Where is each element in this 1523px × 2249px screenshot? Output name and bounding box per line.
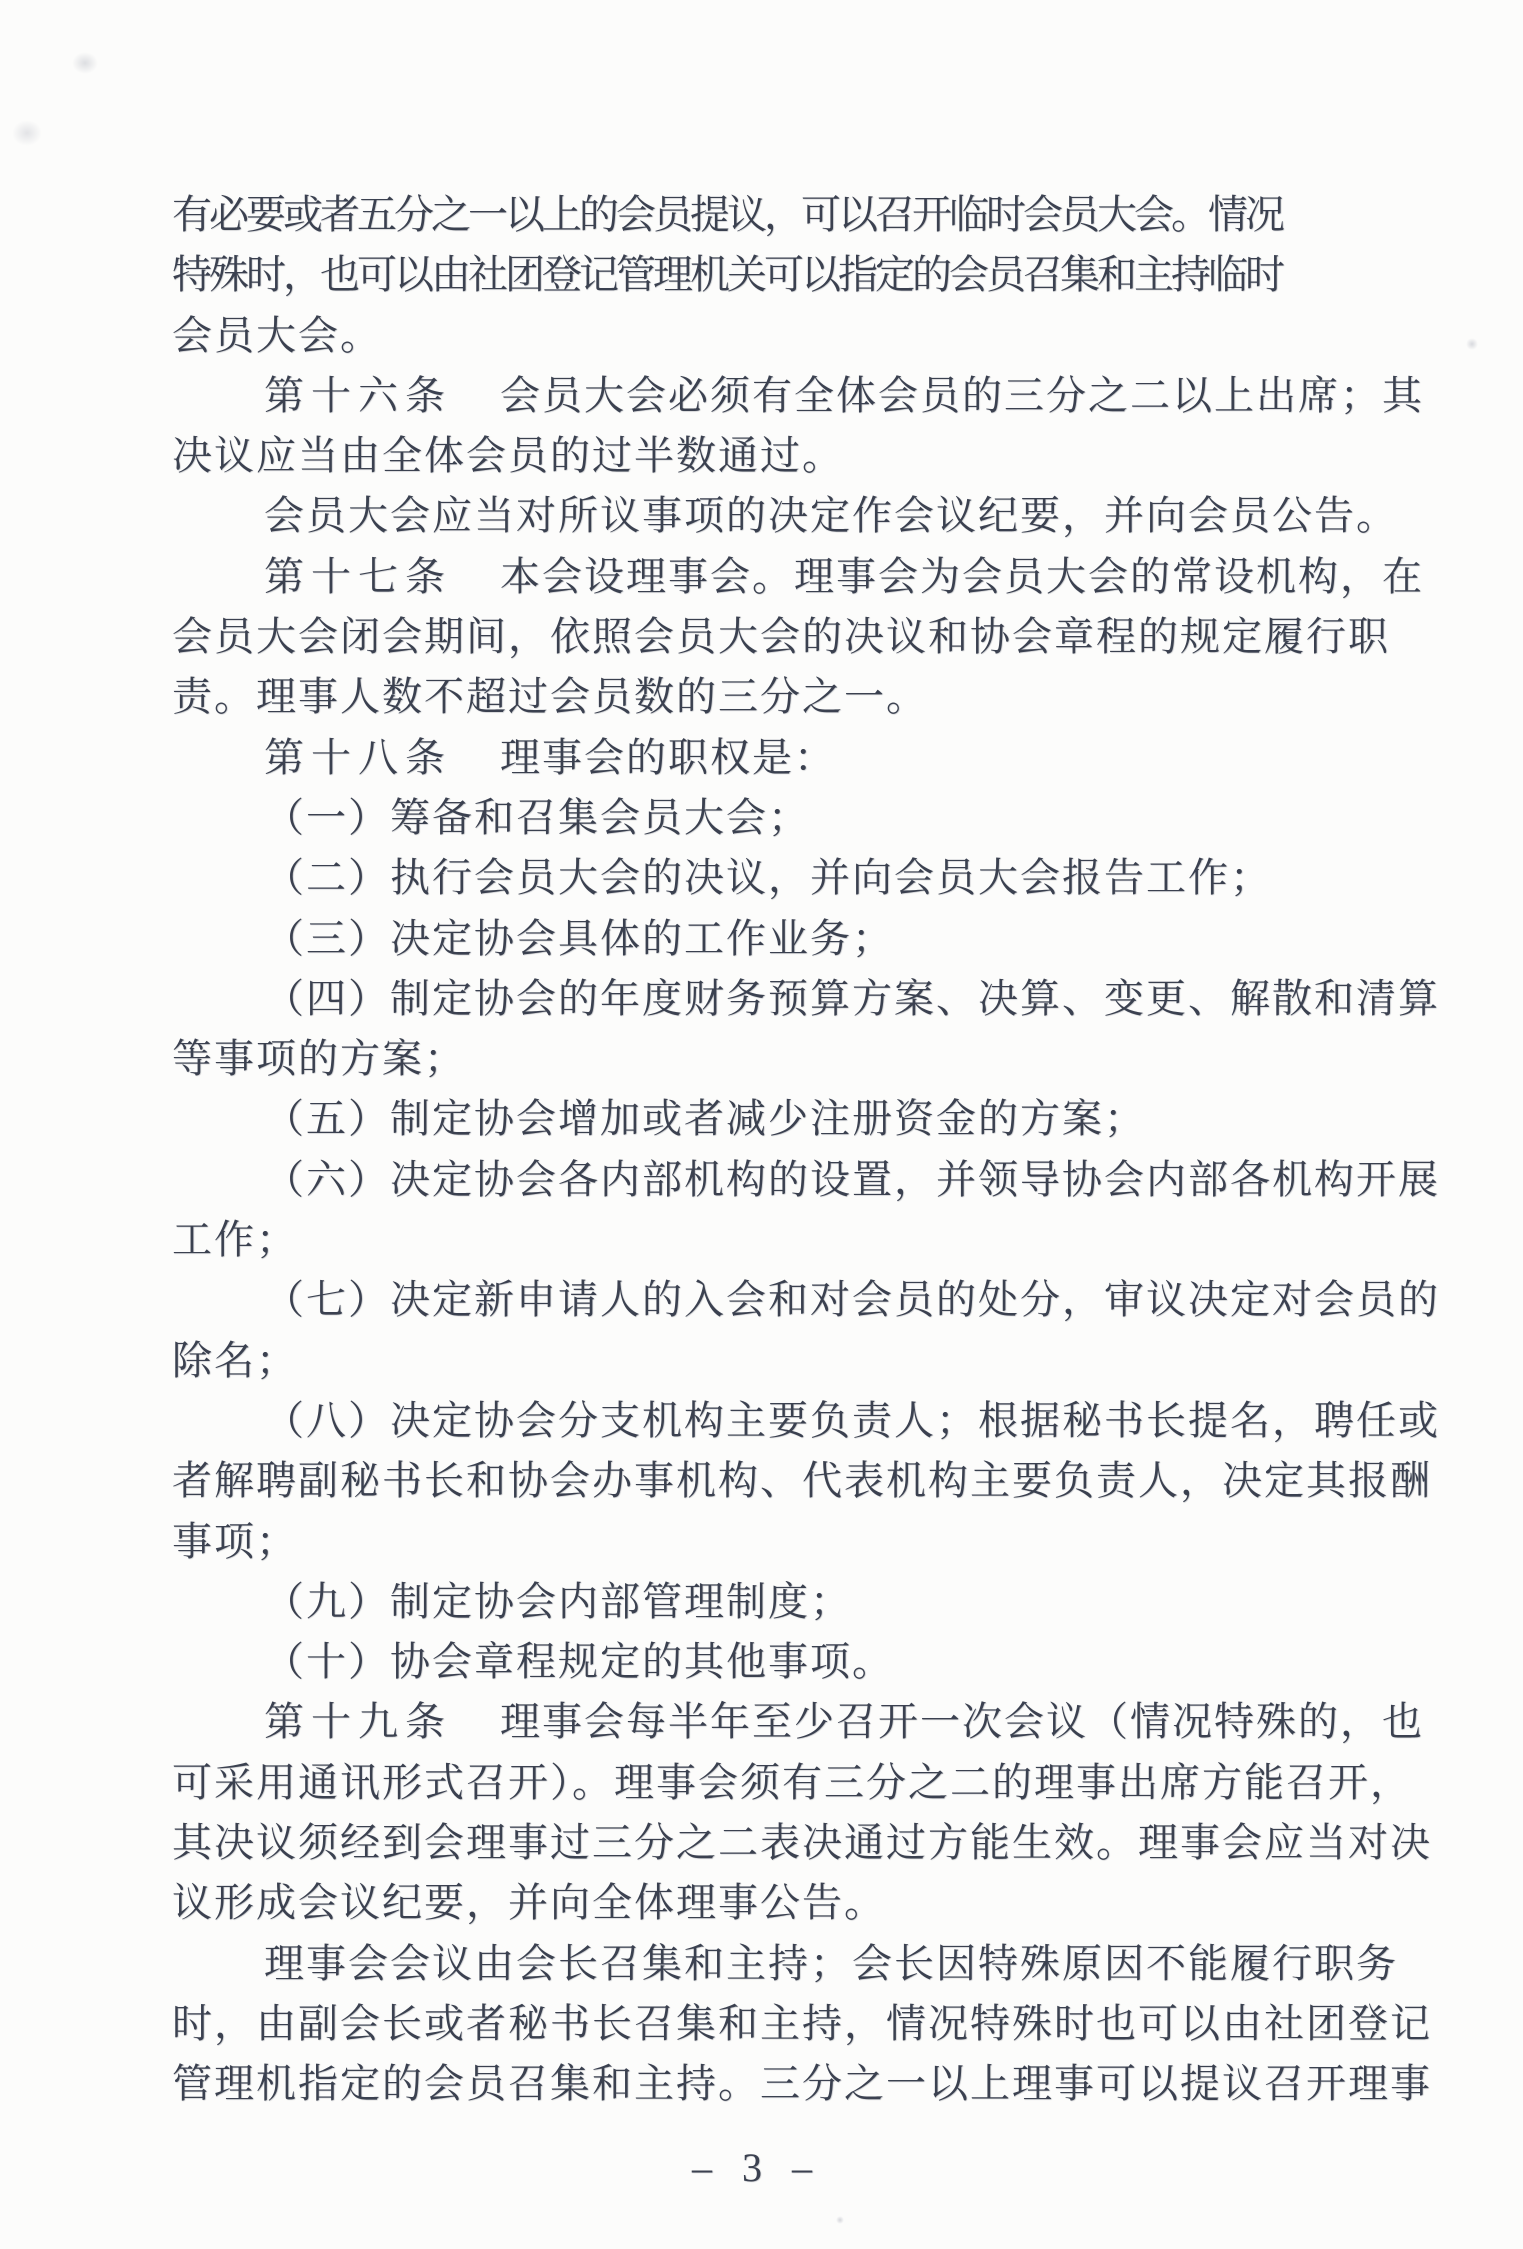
line-text: 理事会每半年至少召开一次会议（情况特殊的，也 (500, 1699, 1424, 1744)
scan-smudge (836, 2216, 844, 2224)
line-text: （十）协会章程规定的其他事项。 (264, 1639, 894, 1684)
line-text: 时，由副会长或者秘书长召集和主持，情况特殊时也可以由社团登记 (172, 2001, 1432, 2046)
line-text: 会员大会闭会期间，依照会员大会的决议和协会章程的规定履行职 (172, 614, 1390, 659)
document-body: 有必要或者五分之一以上的会员提议，可以召开临时会员大会。情况特殊时，也可以由社团… (172, 185, 1462, 2115)
line-text: 事项； (172, 1519, 298, 1564)
article-number: 第十八条 (264, 735, 452, 780)
line-text: （三）决定协会具体的工作业务； (264, 916, 894, 961)
text-line: 决议应当由全体会员的过半数通过。 (172, 426, 1462, 486)
text-line: （六）决定协会各内部机构的设置，并领导协会内部各机构开展 (172, 1150, 1462, 1210)
text-line: （二）执行会员大会的决议，并向会员大会报告工作； (172, 848, 1462, 908)
text-line: （五）制定协会增加或者减少注册资金的方案； (172, 1089, 1462, 1149)
text-line: 时，由副会长或者秘书长召集和主持，情况特殊时也可以由社团登记 (172, 1994, 1462, 2054)
text-line: 责。理事人数不超过会员数的三分之一。 (172, 667, 1462, 727)
text-line: 事项； (172, 1512, 1462, 1572)
scan-smudge (1466, 338, 1478, 350)
line-text: 有必要或者五分之一以上的会员提议，可以召开临时会员大会。情况 (172, 192, 1282, 237)
text-line: （十）协会章程规定的其他事项。 (172, 1632, 1462, 1692)
text-line: 其决议须经到会理事过三分之二表决通过方能生效。理事会应当对决 (172, 1813, 1462, 1873)
line-text: 特殊时，也可以由社团登记管理机关可以指定的会员召集和主持临时 (172, 252, 1282, 297)
line-text: （六）决定协会各内部机构的设置，并领导协会内部各机构开展 (264, 1157, 1440, 1202)
text-line: 工作； (172, 1210, 1462, 1270)
text-line: （一）筹备和召集会员大会； (172, 788, 1462, 848)
line-text: （五）制定协会增加或者减少注册资金的方案； (264, 1096, 1146, 1141)
article-number: 第十七条 (264, 554, 452, 599)
line-text: 会员大会。 (172, 313, 382, 358)
text-line: 第十七条本会设理事会。理事会为会员大会的常设机构，在 (172, 547, 1462, 607)
text-line: 第十八条理事会的职权是： (172, 728, 1462, 788)
text-line: （九）制定协会内部管理制度； (172, 1572, 1462, 1632)
line-text: 者解聘副秘书长和协会办事机构、代表机构主要负责人，决定其报酬 (172, 1458, 1432, 1503)
line-text: 本会设理事会。理事会为会员大会的常设机构，在 (500, 554, 1424, 599)
text-line: 除名； (172, 1331, 1462, 1391)
article-number: 第十六条 (264, 373, 452, 418)
text-line: 会员大会。 (172, 306, 1462, 366)
scan-smudge (72, 52, 98, 74)
line-text: （二）执行会员大会的决议，并向会员大会报告工作； (264, 855, 1272, 900)
text-line: （三）决定协会具体的工作业务； (172, 909, 1462, 969)
text-line: 有必要或者五分之一以上的会员提议，可以召开临时会员大会。情况 (172, 185, 1462, 245)
text-line: 第十六条会员大会必须有全体会员的三分之二以上出席；其 (172, 366, 1462, 426)
line-text: 会员大会必须有全体会员的三分之二以上出席；其 (500, 373, 1424, 418)
line-text: 等事项的方案； (172, 1036, 466, 1081)
line-text: （七）决定新申请人的入会和对会员的处分，审议决定对会员的 (264, 1277, 1440, 1322)
article-number: 第十九条 (264, 1699, 452, 1744)
text-line: 会员大会应当对所议事项的决定作会议纪要，并向会员公告。 (172, 486, 1462, 546)
text-line: （七）决定新申请人的入会和对会员的处分，审议决定对会员的 (172, 1270, 1462, 1330)
document-page: 有必要或者五分之一以上的会员提议，可以召开临时会员大会。情况特殊时，也可以由社团… (0, 0, 1523, 2249)
line-text: 工作； (172, 1217, 298, 1262)
line-text: （四）制定协会的年度财务预算方案、决算、变更、解散和清算 (264, 976, 1440, 1021)
line-text: 除名； (172, 1338, 298, 1383)
text-line: 第十九条理事会每半年至少召开一次会议（情况特殊的，也 (172, 1692, 1462, 1752)
line-text: 理事会的职权是： (500, 735, 836, 780)
scan-smudge (12, 120, 42, 146)
line-text: 理事会会议由会长召集和主持；会长因特殊原因不能履行职务 (264, 1941, 1398, 1986)
line-text: 责。理事人数不超过会员数的三分之一。 (172, 674, 928, 719)
line-text: 管理机指定的会员召集和主持。三分之一以上理事可以提议召开理事 (172, 2061, 1432, 2106)
line-text: 可采用通讯形式召开）。理事会须有三分之二的理事出席方能召开， (172, 1760, 1412, 1805)
line-text: （一）筹备和召集会员大会； (264, 795, 810, 840)
text-line: 特殊时，也可以由社团登记管理机关可以指定的会员召集和主持临时 (172, 245, 1462, 305)
text-line: 等事项的方案； (172, 1029, 1462, 1089)
text-line: 理事会会议由会长召集和主持；会长因特殊原因不能履行职务 (172, 1934, 1462, 1994)
line-text: 其决议须经到会理事过三分之二表决通过方能生效。理事会应当对决 (172, 1820, 1432, 1865)
line-text: 决议应当由全体会员的过半数通过。 (172, 433, 844, 478)
text-line: （四）制定协会的年度财务预算方案、决算、变更、解散和清算 (172, 969, 1462, 1029)
line-text: 会员大会应当对所议事项的决定作会议纪要，并向会员公告。 (264, 493, 1398, 538)
line-text: 议形成会议纪要，并向全体理事公告。 (172, 1880, 886, 1925)
text-line: 可采用通讯形式召开）。理事会须有三分之二的理事出席方能召开， (172, 1753, 1462, 1813)
text-line: （八）决定协会分支机构主要负责人；根据秘书长提名，聘任或 (172, 1391, 1462, 1451)
text-line: 议形成会议纪要，并向全体理事公告。 (172, 1873, 1462, 1933)
page-number: – 3 – (172, 2138, 1342, 2198)
line-text: （九）制定协会内部管理制度； (264, 1579, 852, 1624)
line-text: （八）决定协会分支机构主要负责人；根据秘书长提名，聘任或 (264, 1398, 1440, 1443)
text-line: 会员大会闭会期间，依照会员大会的决议和协会章程的规定履行职 (172, 607, 1462, 667)
text-line: 者解聘副秘书长和协会办事机构、代表机构主要负责人，决定其报酬 (172, 1451, 1462, 1511)
text-line: 管理机指定的会员召集和主持。三分之一以上理事可以提议召开理事 (172, 2054, 1462, 2114)
